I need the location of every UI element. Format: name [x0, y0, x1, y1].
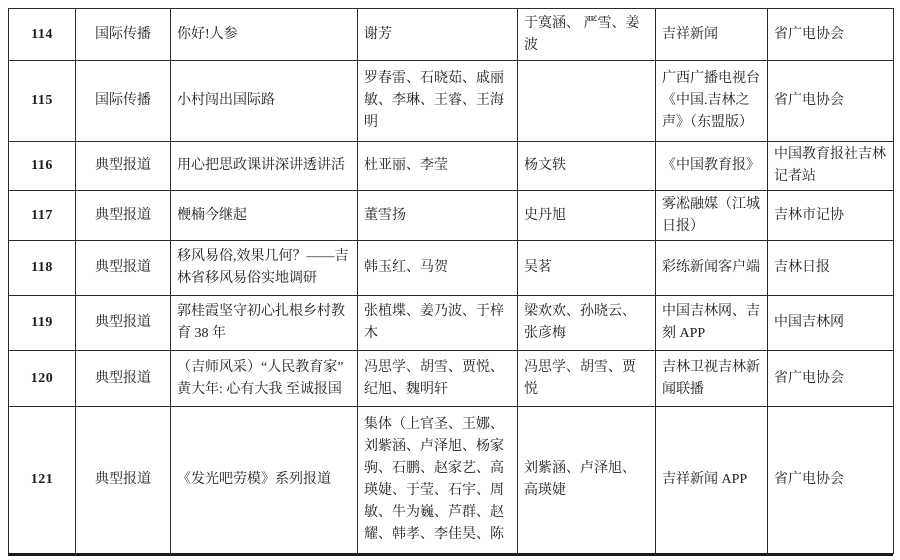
cell-index: 114	[9, 9, 76, 61]
cell-title: 《发光吧劳模》系列报道	[171, 407, 358, 554]
cell-index: 117	[9, 191, 76, 241]
cell-media: 《中国教育报》	[656, 142, 768, 191]
cell-editors: 杨文轶	[518, 142, 656, 191]
cell-category: 典型报道	[76, 351, 171, 407]
table-row: 120 典型报道 （吉师风采）“人民教育家” 黄大年: 心有大我 至诚报国 冯思…	[9, 351, 894, 407]
cell-category: 典型报道	[76, 142, 171, 191]
cell-title: 移风易俗,效果几何？——吉林省移风易俗实地调研	[171, 241, 358, 296]
cell-title: 用心把思政课讲深讲透讲活	[171, 142, 358, 191]
table-row: 114 国际传播 你好!人参 谢芳 于寞涵、 严雪、姜波 吉祥新闻 省广电协会	[9, 9, 894, 61]
cell-editors	[518, 61, 656, 142]
cell-media: 吉祥新闻 APP	[656, 407, 768, 554]
cell-authors: 董雪扬	[358, 191, 518, 241]
table-row: 116 典型报道 用心把思政课讲深讲透讲活 杜亚丽、李莹 杨文轶 《中国教育报》…	[9, 142, 894, 191]
cell-authors: 罗春雷、石晓茹、戚丽敏、李琳、王睿、王海明	[358, 61, 518, 142]
cell-category: 典型报道	[76, 191, 171, 241]
cell-authors: 韩玉红、马贺	[358, 241, 518, 296]
cell-title: 楩楠今继起	[171, 191, 358, 241]
cell-title: 郭桂霞坚守初心扎根乡村教育 38 年	[171, 296, 358, 351]
document-page: 114 国际传播 你好!人参 谢芳 于寞涵、 严雪、姜波 吉祥新闻 省广电协会 …	[8, 8, 893, 554]
cell-editors: 刘紫涵、卢泽旭、高瑛婕	[518, 407, 656, 554]
awards-table: 114 国际传播 你好!人参 谢芳 于寞涵、 严雪、姜波 吉祥新闻 省广电协会 …	[8, 8, 894, 554]
cell-index: 119	[9, 296, 76, 351]
cell-recommender: 省广电协会	[768, 9, 894, 61]
cell-editors: 于寞涵、 严雪、姜波	[518, 9, 656, 61]
cell-authors: 谢芳	[358, 9, 518, 61]
cell-editors: 史丹旭	[518, 191, 656, 241]
cell-authors: 集体（上官圣、王娜、刘紫涵、卢泽旭、杨家驹、石鹏、赵家艺、高瑛婕、于莹、石宇、周…	[358, 407, 518, 554]
cell-category: 典型报道	[76, 241, 171, 296]
cell-recommender: 省广电协会	[768, 61, 894, 142]
page-bottom-border	[8, 553, 893, 556]
cell-title: 你好!人参	[171, 9, 358, 61]
cell-editors: 吴茗	[518, 241, 656, 296]
cell-index: 120	[9, 351, 76, 407]
cell-media: 广西广播电视台《中国.吉林之声》（东盟版）	[656, 61, 768, 142]
cell-recommender: 吉林市记协	[768, 191, 894, 241]
cell-category: 国际传播	[76, 61, 171, 142]
cell-media: 彩练新闻客户端	[656, 241, 768, 296]
cell-category: 国际传播	[76, 9, 171, 61]
cell-category: 典型报道	[76, 296, 171, 351]
cell-recommender: 省广电协会	[768, 351, 894, 407]
table-row: 117 典型报道 楩楠今继起 董雪扬 史丹旭 雾凇融媒（江城日报） 吉林市记协	[9, 191, 894, 241]
cell-editors: 冯思学、胡雪、贾悦	[518, 351, 656, 407]
table-row: 115 国际传播 小村闯出国际路 罗春雷、石晓茹、戚丽敏、李琳、王睿、王海明 广…	[9, 61, 894, 142]
cell-media: 中国吉林网、吉刻 APP	[656, 296, 768, 351]
cell-editors: 梁欢欢、孙晓云、 张彦梅	[518, 296, 656, 351]
cell-authors: 杜亚丽、李莹	[358, 142, 518, 191]
cell-recommender: 中国吉林网	[768, 296, 894, 351]
cell-authors: 张植堞、姜乃波、于梓木	[358, 296, 518, 351]
cell-recommender: 省广电协会	[768, 407, 894, 554]
cell-authors: 冯思学、胡雪、贾悦、纪旭、魏明轩	[358, 351, 518, 407]
cell-title: 小村闯出国际路	[171, 61, 358, 142]
cell-media: 吉祥新闻	[656, 9, 768, 61]
cell-media: 雾凇融媒（江城日报）	[656, 191, 768, 241]
cell-title: （吉师风采）“人民教育家” 黄大年: 心有大我 至诚报国	[171, 351, 358, 407]
cell-index: 115	[9, 61, 76, 142]
cell-recommender: 吉林日报	[768, 241, 894, 296]
cell-category: 典型报道	[76, 407, 171, 554]
cell-index: 118	[9, 241, 76, 296]
table-row: 121 典型报道 《发光吧劳模》系列报道 集体（上官圣、王娜、刘紫涵、卢泽旭、杨…	[9, 407, 894, 554]
cell-media: 吉林卫视吉林新闻联播	[656, 351, 768, 407]
table-row: 119 典型报道 郭桂霞坚守初心扎根乡村教育 38 年 张植堞、姜乃波、于梓木 …	[9, 296, 894, 351]
cell-recommender: 中国教育报社吉林记者站	[768, 142, 894, 191]
table-row: 118 典型报道 移风易俗,效果几何？——吉林省移风易俗实地调研 韩玉红、马贺 …	[9, 241, 894, 296]
cell-index: 116	[9, 142, 76, 191]
cell-index: 121	[9, 407, 76, 554]
